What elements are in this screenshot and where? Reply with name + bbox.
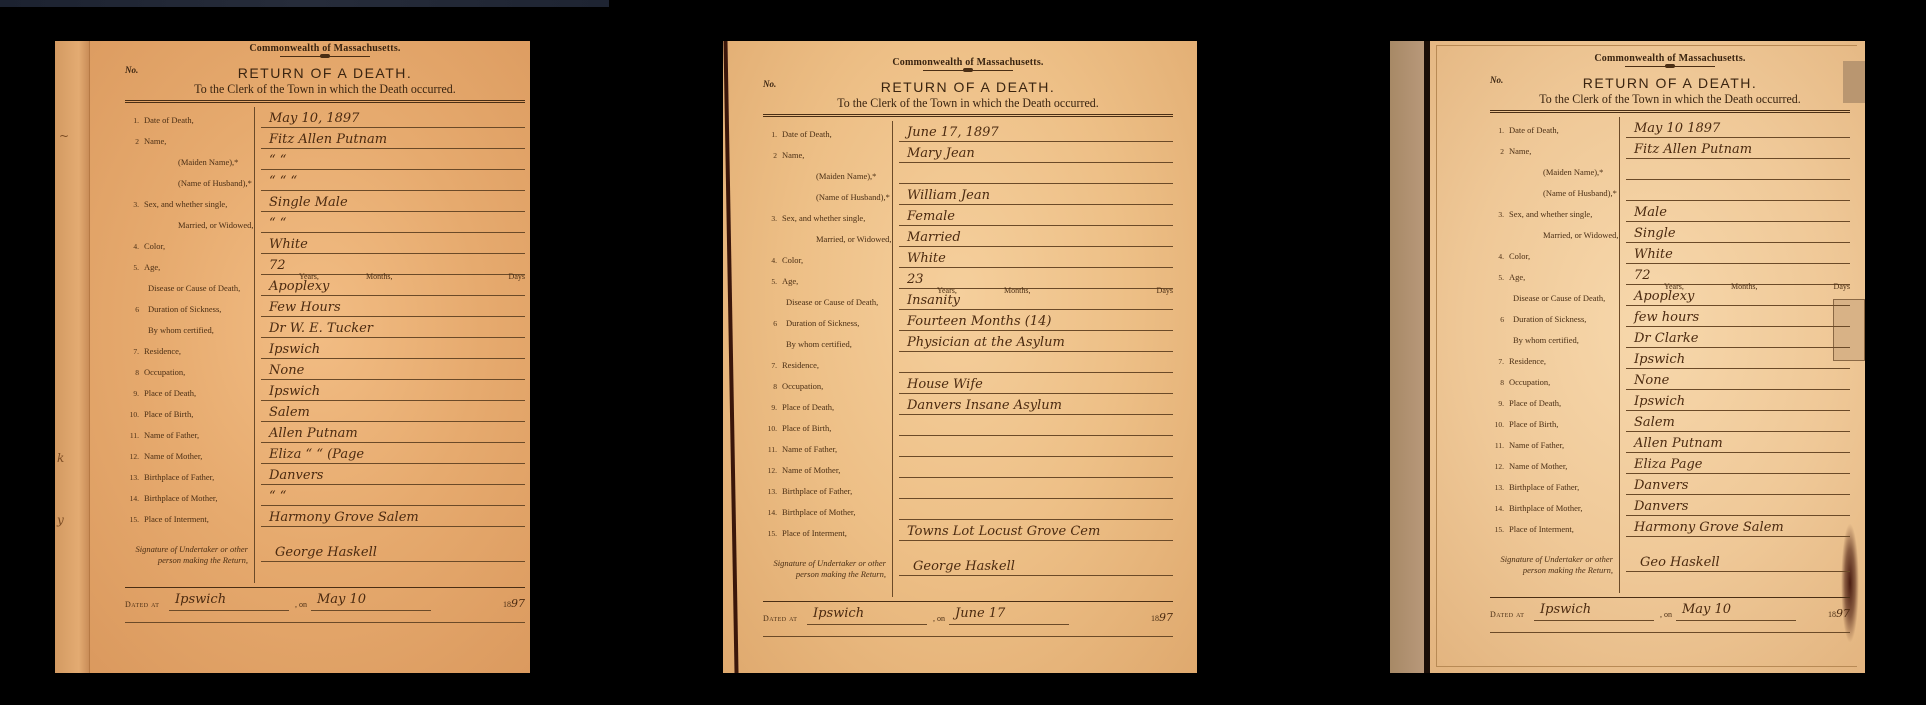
field-value-place-of-birth: Salem [1626, 410, 1850, 432]
field-row-name-of-husband: (Name of Husband),*“ “ “ [125, 170, 525, 191]
field-row-age: 5.Age,72Years,Months,Days [1490, 264, 1850, 285]
field-row-name: 2Name,Mary Jean [763, 142, 1173, 163]
dated-place-field: Ipswich [1534, 620, 1654, 621]
handwritten-entry: “ “ “ [269, 174, 297, 189]
field-label: 3.Sex, and whether single, [125, 191, 255, 212]
field-row-occupation: 8Occupation,None [125, 359, 525, 380]
field-label: 7.Residence, [125, 338, 255, 359]
field-row-occupation: 8Occupation,None [1490, 369, 1850, 390]
handwritten-entry: “ “ [269, 216, 286, 231]
bottom-rule [763, 636, 1173, 637]
header-rule [763, 114, 1173, 117]
dated-place-value: Ipswich [813, 606, 864, 621]
field-label: 5.Age, [763, 268, 893, 289]
field-label: 10.Place of Birth, [763, 415, 893, 436]
handwritten-entry: Apoplexy [1634, 289, 1694, 304]
field-label: (Maiden Name),* [1490, 159, 1620, 180]
field-value-date-of-death: June 17, 1897 [899, 120, 1173, 142]
dated-date-value: May 10 [317, 592, 366, 607]
field-value-place-of-interment: Harmony Grove Salem [1626, 515, 1850, 537]
field-row-place-of-interment: 15.Place of Interment,Harmony Grove Sale… [125, 506, 525, 527]
field-row-maiden-name: (Maiden Name),* [1490, 159, 1850, 180]
field-label: 1.Date of Death, [763, 121, 893, 142]
field-label: (Name of Husband),* [125, 170, 255, 191]
field-value-sex-single: Male [1626, 200, 1850, 222]
field-row-birthplace-mother: 14.Birthplace of Mother, [763, 499, 1173, 520]
signature-row: Signature of Undertaker or other person … [763, 541, 1173, 597]
record-number-label: No. [125, 65, 138, 75]
field-value-maiden-name: “ “ [261, 148, 525, 170]
field-value-birthplace-father: Danvers [261, 463, 525, 485]
signature-label: Signature of Undertaker or other person … [763, 541, 893, 597]
field-label: (Maiden Name),* [125, 149, 255, 170]
form-subtitle: To the Clerk of the Town in which the De… [779, 95, 1156, 111]
field-value-color: White [1626, 242, 1850, 264]
dated-year-value: 97 [511, 597, 525, 610]
dated-row: Dated at Ipswich , on June 17 1897 [763, 602, 1173, 628]
field-value-birthplace-father [899, 477, 1173, 499]
form-title: RETURN OF A DEATH. [125, 65, 525, 81]
dated-year-field: 1897 [1151, 611, 1173, 624]
field-label: 2Name, [1490, 138, 1620, 159]
field-row-name-of-mother: 12.Name of Mother,Eliza Page [1490, 453, 1850, 474]
field-value-place-of-death: Ipswich [1626, 389, 1850, 411]
handwritten-entry: Dr W. E. Tucker [269, 321, 373, 336]
field-value-disease: Apoplexy [261, 274, 525, 296]
handwritten-entry: Physician at the Asylum [907, 335, 1065, 350]
dated-place-field: Ipswich [169, 610, 289, 611]
form-title: RETURN OF A DEATH. [763, 79, 1173, 95]
margin-note: y [57, 513, 64, 527]
field-label: 11.Name of Father, [763, 436, 893, 457]
death-record-page-2: Commonwealth of Massachusetts. No. RETUR… [723, 41, 1197, 673]
field-value-name: Fitz Allen Putnam [1626, 137, 1850, 159]
field-label: 12.Name of Mother, [1490, 453, 1620, 474]
death-record-page-1: ~ k y Commonwealth of Massachusetts. No.… [55, 41, 530, 673]
field-row-name-of-father: 11.Name of Father, [763, 436, 1173, 457]
field-row-certified: By whom certified,Physician at the Asylu… [763, 331, 1173, 352]
handwritten-entry: Allen Putnam [269, 426, 358, 441]
field-row-birthplace-father: 13.Birthplace of Father,Danvers [125, 464, 525, 485]
field-value-name-of-father [899, 435, 1173, 457]
handwritten-entry: Single Male [269, 195, 348, 210]
handwritten-entry: Danvers Insane Asylum [907, 398, 1062, 413]
signature-label: Signature of Undertaker or other person … [1490, 537, 1620, 593]
handwritten-entry: Few Hours [269, 300, 341, 315]
field-row-name-of-father: 11.Name of Father,Allen Putnam [1490, 432, 1850, 453]
field-label: 1.Date of Death, [125, 107, 255, 128]
commonwealth-heading: Commonwealth of Massachusetts. [1490, 53, 1850, 64]
handwritten-entry: Harmony Grove Salem [1634, 520, 1784, 535]
field-value-duration: Few Hours [261, 295, 525, 317]
bottom-rule [125, 622, 525, 623]
field-label: 3.Sex, and whether single, [1490, 201, 1620, 222]
field-rows: 1.Date of Death,May 10 18972Name,Fitz Al… [1490, 117, 1850, 537]
dated-date-field: June 17 [949, 624, 1069, 625]
field-label: 11.Name of Father, [125, 422, 255, 443]
field-value-sex-single: Female [899, 204, 1173, 226]
field-label: 4.Color, [763, 247, 893, 268]
field-label: 9.Place of Death, [125, 380, 255, 401]
death-return-form: Commonwealth of Massachusetts. No. RETUR… [125, 41, 525, 623]
dated-year-value: 97 [1159, 611, 1173, 624]
field-row-married-widowed: Married, or Widowed,Married [763, 226, 1173, 247]
field-value-maiden-name [1626, 158, 1850, 180]
field-row-birthplace-mother: 14.Birthplace of Mother,“ “ [125, 485, 525, 506]
handwritten-entry: Fitz Allen Putnam [1634, 142, 1752, 157]
form-title: RETURN OF A DEATH. [1490, 75, 1850, 91]
handwritten-entry: “ “ [269, 489, 286, 504]
field-value-name-of-father: Allen Putnam [1626, 431, 1850, 453]
field-label: 7.Residence, [1490, 348, 1620, 369]
handwritten-entry: Mary Jean [907, 146, 975, 161]
field-value-name-of-husband [1626, 179, 1850, 201]
field-value-occupation: House Wife [899, 372, 1173, 394]
field-value-name-of-mother [899, 456, 1173, 478]
book-binding-edge [1424, 41, 1430, 673]
handwritten-entry: Eliza Page [1634, 457, 1702, 472]
field-row-date-of-death: 1.Date of Death,May 10 1897 [1490, 117, 1850, 138]
field-row-sex-single: 3.Sex, and whether single,Female [763, 205, 1173, 226]
field-label: By whom certified, [125, 317, 255, 338]
field-row-residence: 7.Residence, [763, 352, 1173, 373]
field-label: 4.Color, [1490, 243, 1620, 264]
field-label: 6Duration of Sickness, [763, 310, 893, 331]
signature-field: George Haskell [899, 541, 1173, 597]
dated-on-label: , on [295, 600, 307, 609]
handwritten-entry: Fourteen Months (14) [907, 314, 1051, 329]
field-label: 8Occupation, [125, 359, 255, 380]
signature-value: Geo Haskell [1640, 555, 1720, 570]
field-row-name-of-father: 11.Name of Father,Allen Putnam [125, 422, 525, 443]
field-row-color: 4.Color,White [125, 233, 525, 254]
field-row-color: 4.Color,White [1490, 243, 1850, 264]
field-row-place-of-death: 9.Place of Death,Ipswich [1490, 390, 1850, 411]
field-value-occupation: None [261, 358, 525, 380]
dated-place-value: Ipswich [1540, 602, 1591, 617]
field-label: 10.Place of Birth, [125, 401, 255, 422]
field-row-maiden-name: (Maiden Name),*“ “ [125, 149, 525, 170]
margin-note: ~ [59, 129, 69, 143]
field-label: 2Name, [763, 142, 893, 163]
field-value-date-of-death: May 10 1897 [1626, 116, 1850, 138]
field-row-name-of-husband: (Name of Husband),* [1490, 180, 1850, 201]
field-row-sex-single: 3.Sex, and whether single,Male [1490, 201, 1850, 222]
field-value-residence [899, 351, 1173, 373]
field-label: 8Occupation, [763, 373, 893, 394]
handwritten-entry: Salem [1634, 415, 1675, 430]
field-label: (Name of Husband),* [763, 184, 893, 205]
field-label: Disease or Cause of Death, [125, 275, 255, 296]
death-return-form: Commonwealth of Massachusetts. No. RETUR… [763, 55, 1173, 637]
margin-note: k [57, 451, 64, 465]
field-row-disease: Disease or Cause of Death,Apoplexy [125, 275, 525, 296]
field-value-place-of-death: Ipswich [261, 379, 525, 401]
signature-value: George Haskell [275, 545, 377, 560]
field-row-place-of-interment: 15.Place of Interment,Harmony Grove Sale… [1490, 516, 1850, 537]
record-number-label: No. [1490, 75, 1503, 85]
field-value-birthplace-mother: “ “ [261, 484, 525, 506]
field-value-birthplace-mother: Danvers [1626, 494, 1850, 516]
header-rule [125, 100, 525, 103]
dated-year-field: 1897 [503, 597, 525, 610]
top-toolbar-strip [0, 0, 609, 7]
field-label: 12.Name of Mother, [763, 457, 893, 478]
field-row-date-of-death: 1.Date of Death,June 17, 1897 [763, 121, 1173, 142]
handwritten-entry: Towns Lot Locust Grove Cem [907, 524, 1100, 539]
field-row-duration: 6Duration of Sickness,Fourteen Months (1… [763, 310, 1173, 331]
field-value-age: 72Years,Months,Days [261, 253, 525, 275]
field-label: By whom certified, [763, 331, 893, 352]
ornament-divider [923, 70, 1013, 73]
field-value-birthplace-father: Danvers [1626, 473, 1850, 495]
handwritten-entry: Ipswich [1634, 394, 1685, 409]
field-label: 10.Place of Birth, [1490, 411, 1620, 432]
field-label: 4.Color, [125, 233, 255, 254]
field-value-residence: Ipswich [1626, 347, 1850, 369]
handwritten-entry: White [1634, 247, 1673, 262]
field-row-birthplace-father: 13.Birthplace of Father,Danvers [1490, 474, 1850, 495]
handwritten-entry: White [907, 251, 946, 266]
field-rows: 1.Date of Death,May 10, 18972Name,Fitz A… [125, 107, 525, 527]
commonwealth-heading: Commonwealth of Massachusetts. [763, 57, 1173, 68]
signature-value: George Haskell [913, 559, 1015, 574]
dated-date-field: May 10 [311, 610, 431, 611]
form-subtitle: To the Clerk of the Town in which the De… [1504, 91, 1835, 107]
field-value-color: White [899, 246, 1173, 268]
field-value-disease: Apoplexy [1626, 284, 1850, 306]
dated-place-field: Ipswich [807, 624, 927, 625]
field-value-color: White [261, 232, 525, 254]
handwritten-entry: None [269, 363, 304, 378]
field-label: 2Name, [125, 128, 255, 149]
field-label: 3.Sex, and whether single, [763, 205, 893, 226]
field-value-age: 23Years,Months,Days [899, 267, 1173, 289]
handwritten-entry: Danvers [1634, 499, 1688, 514]
dated-year-value: 97 [1836, 607, 1850, 620]
field-label: 9.Place of Death, [1490, 390, 1620, 411]
handwritten-entry: Fitz Allen Putnam [269, 132, 387, 147]
field-value-maiden-name [899, 162, 1173, 184]
dated-on-label: , on [1660, 610, 1672, 619]
field-row-name-of-husband: (Name of Husband),*William Jean [763, 184, 1173, 205]
field-value-place-of-birth: Salem [261, 400, 525, 422]
handwritten-entry: Married [907, 230, 961, 245]
signature-label: Signature of Undertaker or other person … [125, 527, 255, 583]
field-label: 15.Place of Interment, [1490, 516, 1620, 537]
field-label: 7.Residence, [763, 352, 893, 373]
handwritten-entry: “ “ [269, 153, 286, 168]
handwritten-entry: May 10 1897 [1634, 121, 1720, 136]
dated-at-label: Dated at [125, 600, 159, 609]
dated-place-value: Ipswich [175, 592, 226, 607]
dated-row: Dated at Ipswich , on May 10 1897 [1490, 598, 1850, 624]
cover-strip [1390, 41, 1424, 673]
ornament-divider [1625, 66, 1715, 69]
field-value-sex-single: Single Male [261, 190, 525, 212]
field-row-name-of-mother: 12.Name of Mother,Eliza “ “ (Page [125, 443, 525, 464]
handwritten-entry: Male [1634, 205, 1667, 220]
field-label: 6Duration of Sickness, [1490, 306, 1620, 327]
field-label: 14.Birthplace of Mother, [125, 485, 255, 506]
field-label: 8Occupation, [1490, 369, 1620, 390]
field-row-married-widowed: Married, or Widowed,“ “ [125, 212, 525, 233]
field-row-place-of-interment: 15.Place of Interment,Towns Lot Locust G… [763, 520, 1173, 541]
field-row-sex-single: 3.Sex, and whether single,Single Male [125, 191, 525, 212]
bottom-rule [1490, 632, 1850, 633]
field-value-residence: Ipswich [261, 337, 525, 359]
field-row-place-of-death: 9.Place of Death,Ipswich [125, 380, 525, 401]
handwritten-entry: William Jean [907, 188, 990, 203]
field-value-certified: Dr Clarke [1626, 326, 1850, 348]
field-row-certified: By whom certified,Dr W. E. Tucker [125, 317, 525, 338]
field-value-birthplace-mother [899, 498, 1173, 520]
handwritten-entry: Female [907, 209, 955, 224]
field-row-name: 2Name,Fitz Allen Putnam [1490, 138, 1850, 159]
handwritten-entry: May 10, 1897 [269, 111, 359, 126]
signature-row: Signature of Undertaker or other person … [1490, 537, 1850, 593]
record-number-label: No. [763, 79, 776, 89]
handwritten-entry: June 17, 1897 [907, 125, 999, 140]
field-row-residence: 7.Residence,Ipswich [125, 338, 525, 359]
field-value-place-of-death: Danvers Insane Asylum [899, 393, 1173, 415]
signature-row: Signature of Undertaker or other person … [125, 527, 525, 583]
field-label: 6Duration of Sickness, [125, 296, 255, 317]
field-label: 12.Name of Mother, [125, 443, 255, 464]
field-row-certified: By whom certified,Dr Clarke [1490, 327, 1850, 348]
header-rule [1490, 110, 1850, 113]
handwritten-entry: Danvers [1634, 478, 1688, 493]
field-value-name-of-mother: Eliza Page [1626, 452, 1850, 474]
field-row-birthplace-mother: 14.Birthplace of Mother,Danvers [1490, 495, 1850, 516]
field-label: 5.Age, [125, 254, 255, 275]
death-record-page-3: Commonwealth of Massachusetts. No. RETUR… [1390, 41, 1865, 673]
handwritten-entry: None [1634, 373, 1669, 388]
field-value-age: 72Years,Months,Days [1626, 263, 1850, 285]
field-value-name-of-husband: William Jean [899, 183, 1173, 205]
field-row-married-widowed: Married, or Widowed,Single [1490, 222, 1850, 243]
field-value-place-of-interment: Harmony Grove Salem [261, 505, 525, 527]
dated-date-value: June 17 [955, 606, 1005, 621]
field-row-occupation: 8Occupation,House Wife [763, 373, 1173, 394]
field-value-name-of-mother: Eliza “ “ (Page [261, 442, 525, 464]
field-value-disease: Insanity [899, 288, 1173, 310]
field-label: By whom certified, [1490, 327, 1620, 348]
field-label: 13.Birthplace of Father, [1490, 474, 1620, 495]
field-row-disease: Disease or Cause of Death,Insanity [763, 289, 1173, 310]
field-label: Married, or Widowed, [763, 226, 893, 247]
field-label: 13.Birthplace of Father, [125, 464, 255, 485]
dated-at-label: Dated at [763, 614, 797, 623]
commonwealth-heading: Commonwealth of Massachusetts. [125, 43, 525, 54]
field-value-duration: Fourteen Months (14) [899, 309, 1173, 331]
field-label: 11.Name of Father, [1490, 432, 1620, 453]
field-row-place-of-birth: 10.Place of Birth, [763, 415, 1173, 436]
handwritten-entry: few hours [1634, 310, 1699, 325]
field-row-place-of-birth: 10.Place of Birth,Salem [1490, 411, 1850, 432]
handwritten-entry: Eliza “ “ (Page [269, 447, 364, 462]
field-row-place-of-death: 9.Place of Death,Danvers Insane Asylum [763, 394, 1173, 415]
field-row-disease: Disease or Cause of Death,Apoplexy [1490, 285, 1850, 306]
handwritten-entry: Dr Clarke [1634, 331, 1698, 346]
field-value-duration: few hours [1626, 305, 1850, 327]
field-value-married-widowed: Single [1626, 221, 1850, 243]
field-value-married-widowed: Married [899, 225, 1173, 247]
field-label: (Maiden Name),* [763, 163, 893, 184]
field-label: 14.Birthplace of Mother, [763, 499, 893, 520]
field-label: 15.Place of Interment, [125, 506, 255, 527]
field-value-occupation: None [1626, 368, 1850, 390]
field-rows: 1.Date of Death,June 17, 18972Name,Mary … [763, 121, 1173, 541]
handwritten-entry: Ipswich [269, 384, 320, 399]
handwritten-entry: Ipswich [1634, 352, 1685, 367]
field-value-name-of-husband: “ “ “ [261, 169, 525, 191]
field-label: 13.Birthplace of Father, [763, 478, 893, 499]
field-value-place-of-interment: Towns Lot Locust Grove Cem [899, 519, 1173, 541]
handwritten-entry: White [269, 237, 308, 252]
field-row-age: 5.Age,23Years,Months,Days [763, 268, 1173, 289]
field-row-name-of-mother: 12.Name of Mother, [763, 457, 1173, 478]
handwritten-entry: Insanity [907, 293, 960, 308]
field-label: Married, or Widowed, [1490, 222, 1620, 243]
dated-on-label: , on [933, 614, 945, 623]
field-value-name-of-father: Allen Putnam [261, 421, 525, 443]
handwritten-entry: Salem [269, 405, 310, 420]
field-label: 9.Place of Death, [763, 394, 893, 415]
handwritten-entry: Harmony Grove Salem [269, 510, 419, 525]
field-value-certified: Physician at the Asylum [899, 330, 1173, 352]
field-row-name: 2Name,Fitz Allen Putnam [125, 128, 525, 149]
handwritten-entry: Single [1634, 226, 1676, 241]
handwritten-entry: Danvers [269, 468, 323, 483]
dated-row: Dated at Ipswich , on May 10 1897 [125, 588, 525, 614]
field-value-date-of-death: May 10, 1897 [261, 106, 525, 128]
field-row-birthplace-father: 13.Birthplace of Father, [763, 478, 1173, 499]
dated-at-label: Dated at [1490, 610, 1524, 619]
dated-date-value: May 10 [1682, 602, 1731, 617]
signature-field: George Haskell [261, 527, 525, 583]
field-label: 5.Age, [1490, 264, 1620, 285]
death-return-form: Commonwealth of Massachusetts. No. RETUR… [1490, 51, 1850, 633]
form-subtitle: To the Clerk of the Town in which the De… [141, 81, 509, 97]
field-label: 15.Place of Interment, [763, 520, 893, 541]
field-row-residence: 7.Residence,Ipswich [1490, 348, 1850, 369]
dated-date-field: May 10 [1676, 620, 1796, 621]
handwritten-entry: Allen Putnam [1634, 436, 1723, 451]
field-value-place-of-birth [899, 414, 1173, 436]
field-value-certified: Dr W. E. Tucker [261, 316, 525, 338]
field-label: Disease or Cause of Death, [1490, 285, 1620, 306]
field-row-place-of-birth: 10.Place of Birth,Salem [125, 401, 525, 422]
ornament-divider [280, 56, 370, 59]
field-label: 14.Birthplace of Mother, [1490, 495, 1620, 516]
field-label: Married, or Widowed, [125, 212, 255, 233]
handwritten-entry: Ipswich [269, 342, 320, 357]
handwritten-entry: House Wife [907, 377, 983, 392]
field-row-color: 4.Color,White [763, 247, 1173, 268]
field-value-name: Mary Jean [899, 141, 1173, 163]
dated-year-field: 1897 [1828, 607, 1850, 620]
field-row-maiden-name: (Maiden Name),* [763, 163, 1173, 184]
field-label: (Name of Husband),* [1490, 180, 1620, 201]
field-row-age: 5.Age,72Years,Months,Days [125, 254, 525, 275]
field-row-duration: 6Duration of Sickness,Few Hours [125, 296, 525, 317]
handwritten-entry: Apoplexy [269, 279, 329, 294]
book-binding-edge [723, 41, 738, 673]
field-row-date-of-death: 1.Date of Death,May 10, 1897 [125, 107, 525, 128]
field-value-married-widowed: “ “ [261, 211, 525, 233]
field-row-duration: 6Duration of Sickness,few hours [1490, 306, 1850, 327]
